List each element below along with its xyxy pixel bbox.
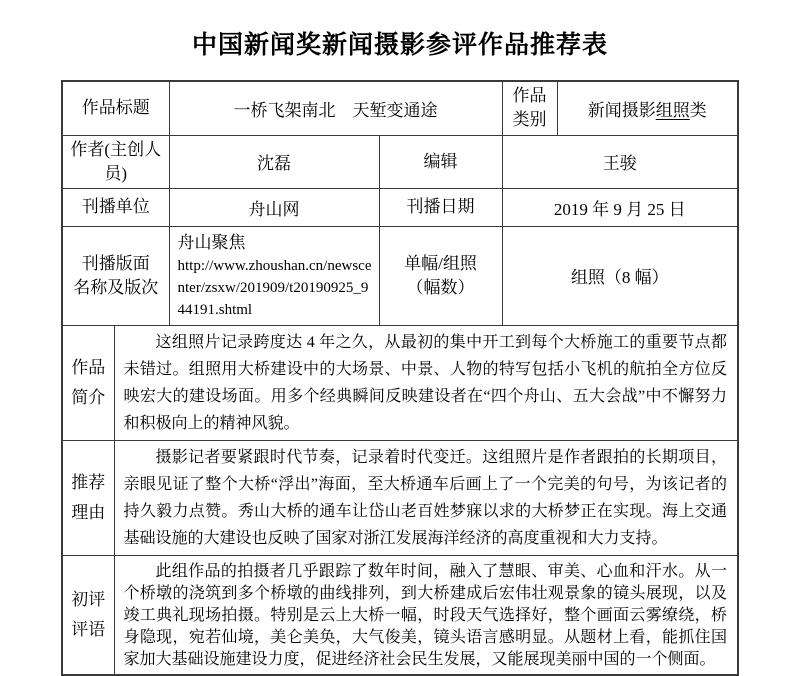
category-prefix: 新闻摄影 bbox=[588, 101, 656, 120]
intro-text: 这组照片记录跨度达 4 年之久，从最初的集中开工到每个大桥施工的重要节点都未错过… bbox=[114, 325, 738, 440]
recommendation-form-table: 作品标题 一桥飞架南北 天堑变通途 作品 类别 新闻摄影组照类 作者(主创人 员… bbox=[61, 80, 739, 676]
intro-label: 作品 简介 bbox=[62, 325, 114, 440]
page-section-value: 舟山聚焦 http://www.zhoushan.cn/newscenter/z… bbox=[169, 226, 379, 325]
row-review: 初评 评语 此组作品的拍摄者几乎跟踪了数年时间，融入了慧眼、审美、心血和汗水。从… bbox=[62, 555, 738, 675]
page-section-label: 刊播版面 名称及版次 bbox=[62, 226, 169, 325]
editor-label: 编辑 bbox=[379, 135, 502, 188]
category-value: 新闻摄影组照类 bbox=[557, 81, 738, 135]
category-underlined: 组照 bbox=[656, 101, 690, 120]
publisher-value: 舟山网 bbox=[169, 188, 379, 226]
row-work-title: 作品标题 一桥飞架南北 天堑变通途 作品 类别 新闻摄影组照类 bbox=[62, 81, 738, 135]
row-page-section: 刊播版面 名称及版次 舟山聚焦 http://www.zhoushan.cn/n… bbox=[62, 226, 738, 325]
row-recommendation: 推荐 理由 摄影记者要紧跟时代节奏，记录着时代变迁。这组照片是作者跟拍的长期项目… bbox=[62, 440, 738, 555]
page-section-url: http://www.zhoushan.cn/newscenter/zsxw/2… bbox=[178, 255, 373, 321]
review-label: 初评 评语 bbox=[62, 555, 114, 675]
recommendation-text: 摄影记者要紧跟时代节奏，记录着时代变迁。这组照片是作者跟拍的长期项目，亲眼见证了… bbox=[114, 440, 738, 555]
format-label: 单幅/组照 （幅数） bbox=[379, 226, 502, 325]
review-text: 此组作品的拍摄者几乎跟踪了数年时间，融入了慧眼、审美、心血和汗水。从一个桥墩的浇… bbox=[114, 555, 738, 675]
publisher-label: 刊播单位 bbox=[62, 188, 169, 226]
editor-value: 王骏 bbox=[502, 135, 738, 188]
format-value: 组照（8 幅） bbox=[502, 226, 738, 325]
work-title-value: 一桥飞架南北 天堑变通途 bbox=[169, 81, 502, 135]
category-label: 作品 类别 bbox=[502, 81, 557, 135]
author-label: 作者(主创人 员) bbox=[62, 135, 169, 188]
recommendation-label: 推荐 理由 bbox=[62, 440, 114, 555]
row-publisher: 刊播单位 舟山网 刊播日期 2019 年 9 月 25 日 bbox=[62, 188, 738, 226]
page-title: 中国新闻奖新闻摄影参评作品推荐表 bbox=[0, 0, 800, 61]
page-section-name: 舟山聚焦 bbox=[178, 231, 373, 255]
work-title-label: 作品标题 bbox=[62, 81, 169, 135]
row-author: 作者(主创人 员) 沈磊 编辑 王骏 bbox=[62, 135, 738, 188]
author-value: 沈磊 bbox=[169, 135, 379, 188]
row-intro: 作品 简介 这组照片记录跨度达 4 年之久，从最初的集中开工到每个大桥施工的重要… bbox=[62, 325, 738, 440]
publish-date-label: 刊播日期 bbox=[379, 188, 502, 226]
category-suffix: 类 bbox=[690, 101, 707, 120]
publish-date-value: 2019 年 9 月 25 日 bbox=[502, 188, 738, 226]
